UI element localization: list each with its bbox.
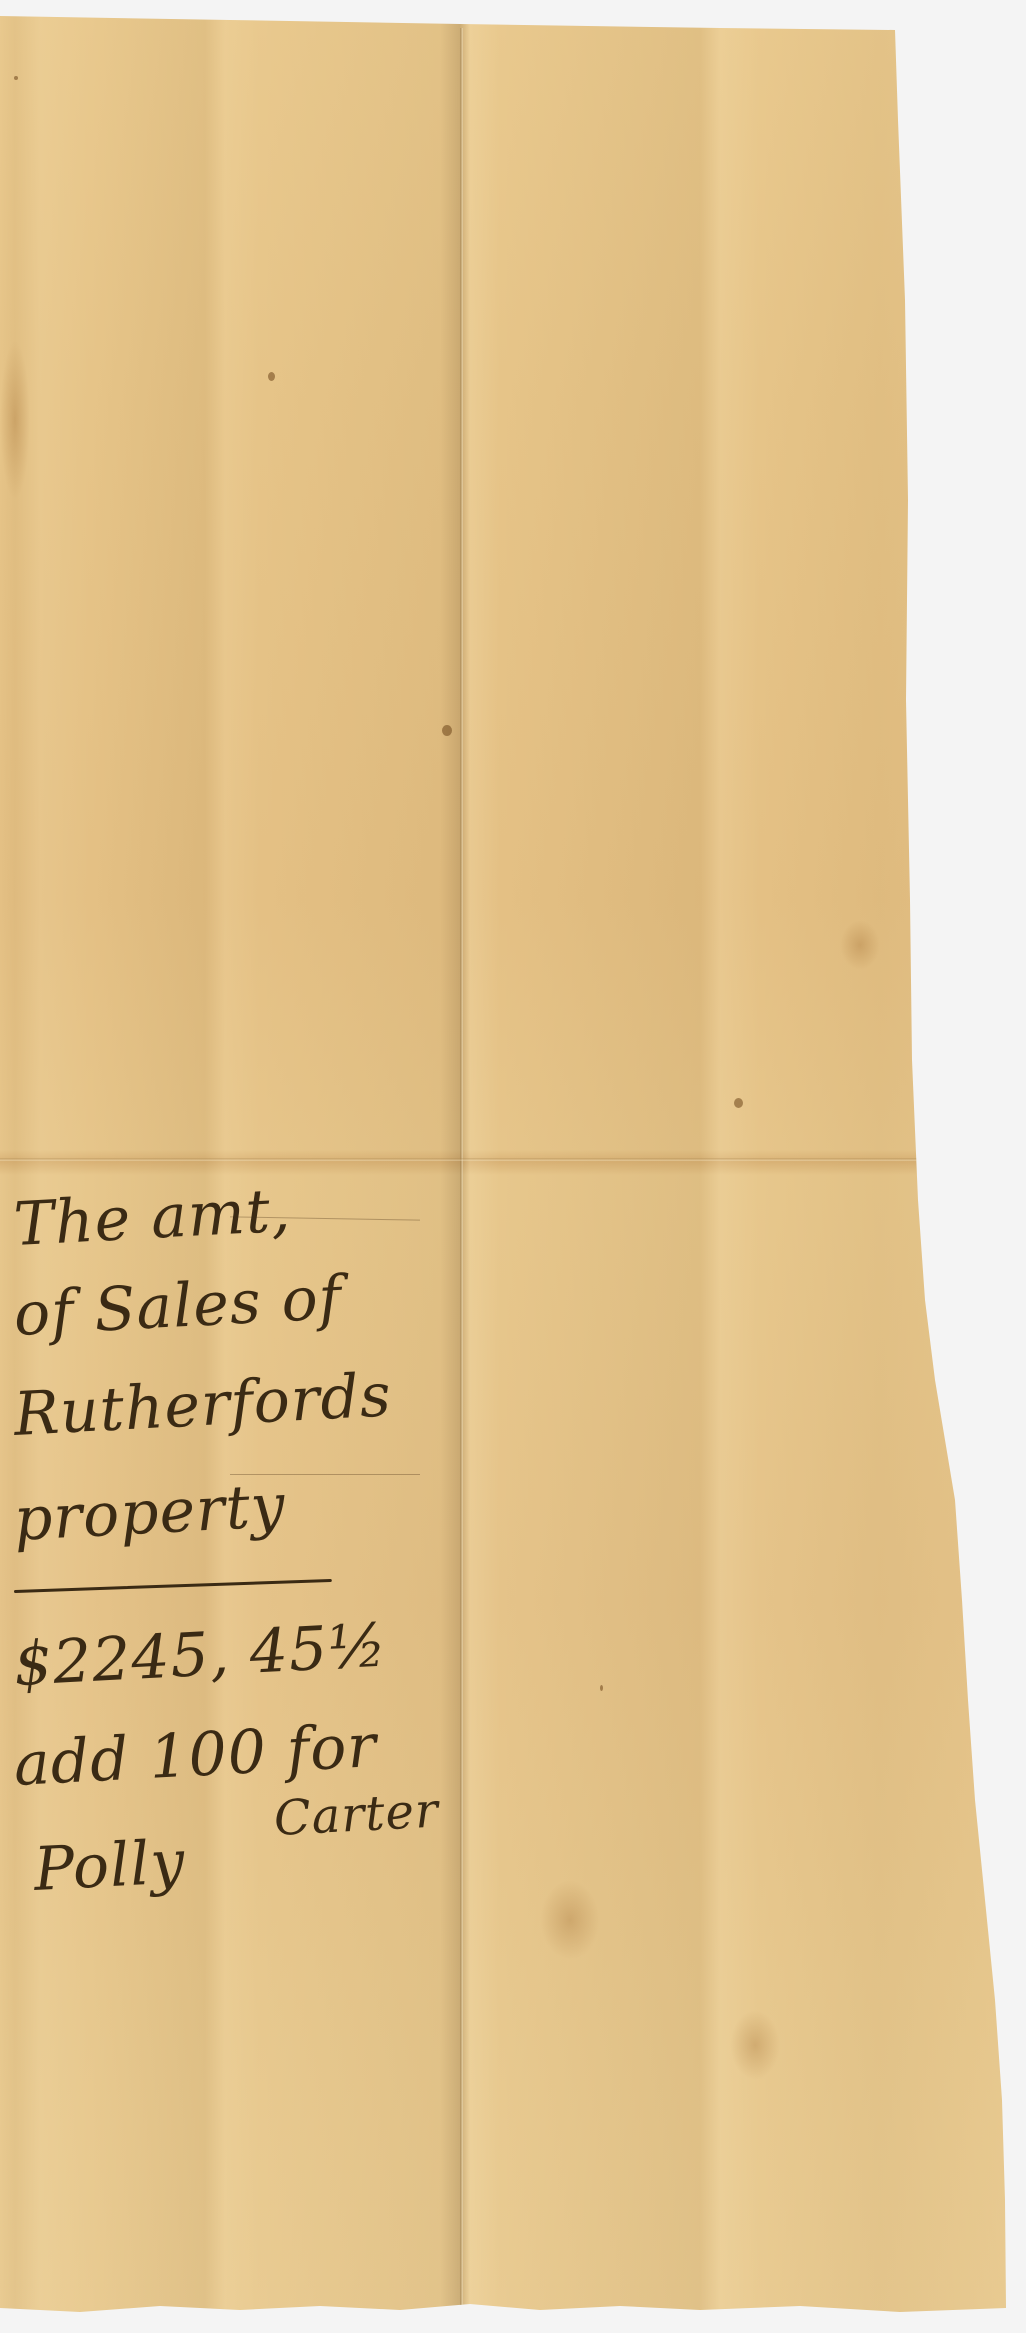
horizontal-fold-crease <box>0 1158 940 1161</box>
foxing-stain <box>730 2010 780 2080</box>
aged-paper-sheet: The amt, of Sales of Rutherfords propert… <box>0 0 1026 2333</box>
vertical-fold-crease <box>460 28 463 2308</box>
foxing-stain <box>540 1880 600 1960</box>
name-first: Polly <box>32 1832 186 1900</box>
foxing-stain <box>0 340 30 500</box>
ink-spot <box>268 372 275 381</box>
foxing-stain <box>840 920 880 970</box>
note-line-4: property <box>12 1476 287 1550</box>
addition-line: add 100 for <box>12 1716 378 1795</box>
note-line-3: Rutherfords <box>12 1365 393 1445</box>
ink-underline-rule <box>14 1579 332 1593</box>
ink-spot <box>600 1685 603 1691</box>
ink-spot <box>14 76 18 80</box>
note-line-1: The amt, <box>12 1181 292 1255</box>
name-last: Carter <box>273 1786 440 1843</box>
amount-line: $2245, 45½ <box>12 1615 388 1694</box>
ink-spot <box>734 1098 743 1108</box>
ink-spot <box>442 725 452 736</box>
note-line-2: of Sales of <box>12 1268 343 1345</box>
document-scan: The amt, of Sales of Rutherfords propert… <box>0 0 1026 2333</box>
